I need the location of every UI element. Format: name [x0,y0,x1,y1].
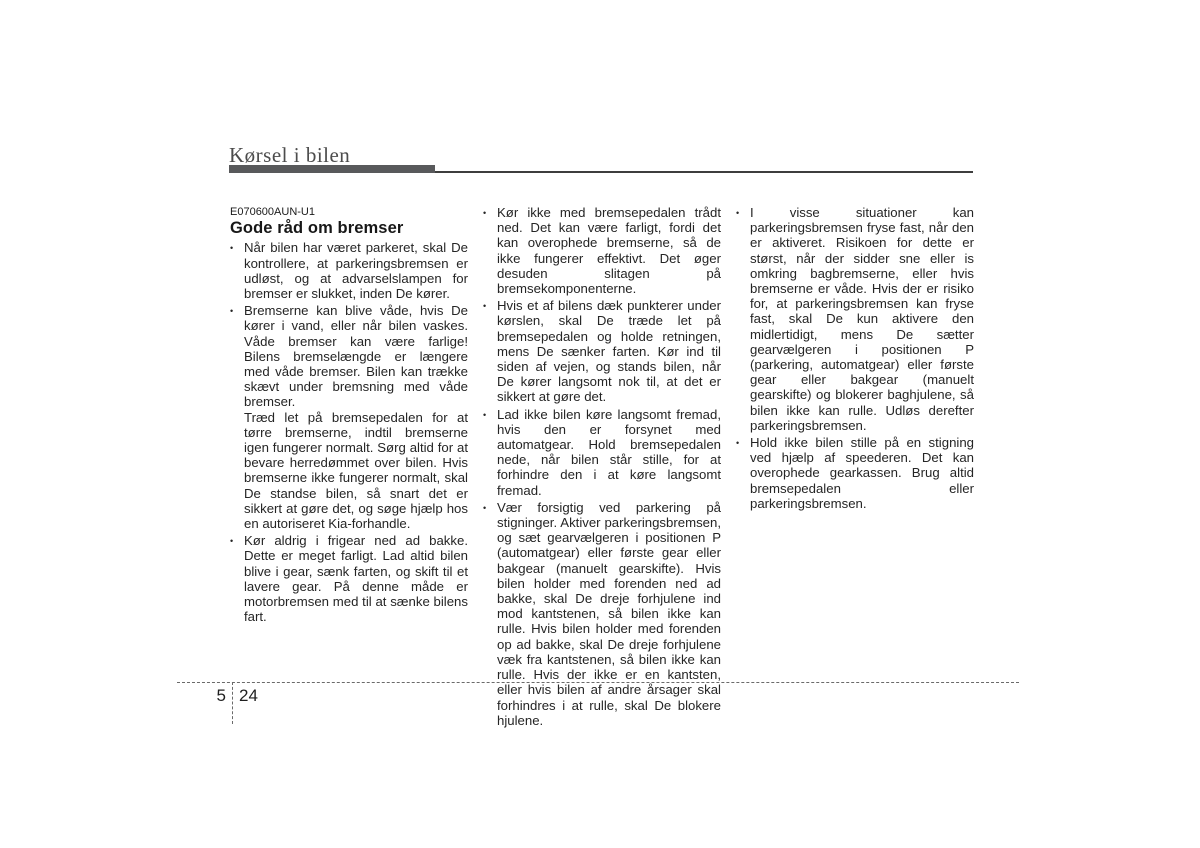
bullet-item: • Lad ikke bilen køre langsomt fremad, h… [483,407,721,498]
paragraph: I visse situationer kan parkeringsbremse… [750,205,974,433]
bullet-item: • Hold ikke bilen stille på en stigning … [736,435,974,511]
manual-page: Kørsel i bilen E070600AUN-U1 Gode råd om… [0,0,1200,848]
bullet-text: Lad ikke bilen køre langsomt fremad, hvi… [497,407,721,498]
bullet-text: Vær forsigtig ved parkering på stigninge… [497,500,721,728]
bullet-marker-icon: • [483,205,497,296]
bullet-text: Hvis et af bilens dæk punkterer under kø… [497,298,721,404]
paragraph: Kør ikke med bremsepedalen trådt ned. De… [497,205,721,296]
paragraph: Bremserne kan blive våde, hvis De kører … [244,303,468,409]
bullet-text: Bremserne kan blive våde, hvis De kører … [244,303,468,531]
page-number-value: 24 [233,682,258,706]
column-2: • Kør ikke med bremsepedalen trådt ned. … [483,205,721,730]
paragraph: Kør aldrig i frigear ned ad bakke. Dette… [244,533,468,624]
header-accent-bar [229,165,435,173]
section-code: E070600AUN-U1 [230,205,468,220]
page-number: 5 24 [206,682,258,724]
bullet-item: • Hvis et af bilens dæk punkterer under … [483,298,721,404]
bullet-marker-icon: • [736,205,750,433]
content-columns: E070600AUN-U1 Gode råd om bremser • Når … [230,205,975,730]
paragraph: Hold ikke bilen stille på en stigning ve… [750,435,974,511]
bullet-item: • Kør ikke med bremsepedalen trådt ned. … [483,205,721,296]
bullet-item: • Når bilen har været parkeret, skal De … [230,240,468,301]
paragraph: Træd let på bremsepedalen for at tørre b… [244,410,468,532]
bullet-item: • Bremserne kan blive våde, hvis De køre… [230,303,468,531]
bullet-marker-icon: • [483,407,497,498]
chapter-number: 5 [206,682,232,706]
column-3: • I visse situationer kan parkeringsbrem… [736,205,974,730]
header-rule-line [435,171,973,173]
bullet-item: • Kør aldrig i frigear ned ad bakke. Det… [230,533,468,624]
paragraph: Når bilen har været parkeret, skal De ko… [244,240,468,301]
bullet-marker-icon: • [483,298,497,404]
bullet-text: I visse situationer kan parkeringsbremse… [750,205,974,433]
bullet-marker-icon: • [230,533,244,624]
footer-dashed-line [177,682,1019,683]
bullet-text: Kør aldrig i frigear ned ad bakke. Dette… [244,533,468,624]
column-1: E070600AUN-U1 Gode råd om bremser • Når … [230,205,468,730]
bullet-text: Når bilen har været parkeret, skal De ko… [244,240,468,301]
paragraph: Lad ikke bilen køre langsomt fremad, hvi… [497,407,721,498]
paragraph: Hvis et af bilens dæk punkterer under kø… [497,298,721,404]
paragraph: Vær forsigtig ved parkering på stigninge… [497,500,721,728]
bullet-text: Kør ikke med bremsepedalen trådt ned. De… [497,205,721,296]
bullet-marker-icon: • [230,303,244,531]
bullet-marker-icon: • [230,240,244,301]
bullet-item: • Vær forsigtig ved parkering på stignin… [483,500,721,728]
bullet-marker-icon: • [483,500,497,728]
bullet-text: Hold ikke bilen stille på en stigning ve… [750,435,974,511]
bullet-item: • I visse situationer kan parkeringsbrem… [736,205,974,433]
section-title: Gode råd om bremser [230,221,468,236]
bullet-marker-icon: • [736,435,750,511]
